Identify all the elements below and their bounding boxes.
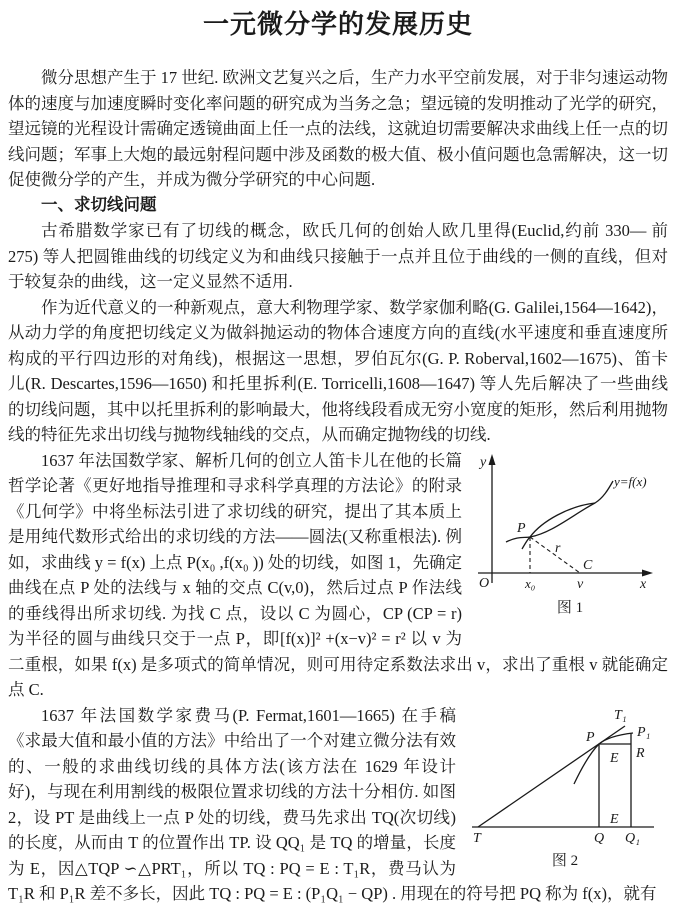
paragraph-intro: 微分思想产生于 17 世纪. 欧洲文艺复兴之后，生产力水平空前发展，对于非匀速运… [8,65,668,193]
figure-1-y-axis-arrow-icon [489,454,496,465]
document-body: 微分思想产生于 17 世纪. 欧洲文艺复兴之后，生产力水平空前发展，对于非匀速运… [0,65,676,907]
figure-1-label-y: y [478,455,487,470]
section-heading-tangent-problem: 一、求切线问题 [8,193,668,219]
figure-2-label-e-upper: E [609,751,619,766]
figure-1-caption: 图 1 [472,598,668,618]
document-page: 一元微分学的发展历史 微分思想产生于 17 世纪. 欧洲文艺复兴之后，生产力水平… [0,0,676,911]
figure-1-label-c: C [583,558,593,573]
figure-2-label-p: P [585,730,595,745]
figure-2-caption: 图 2 [462,851,668,871]
paragraph-galilei-roberval: 作为近代意义的一种新观点，意大利物理学家、数学家伽利略(G. Galilei,1… [8,295,668,448]
figure-1: y x O y=f(x) P r C x₀ v 图 1 [472,450,668,628]
figure-2-label-q: Q [594,831,604,846]
figure-2-label-q1: Q₁ [625,831,640,846]
figure-2-label-p1: P₁ [636,725,650,740]
paragraph-descartes-circle-method: y x O y=f(x) P r C x₀ v 图 11637 年法国数学家、解… [8,448,668,703]
figure-1-label-r: r [555,541,561,556]
figure-1-label-curve: y=f(x) [612,474,647,489]
figure-2-label-t1: T₁ [614,708,627,723]
figure-2-label-r: R [635,746,645,761]
figure-1-label-x0: x₀ [524,576,535,591]
figure-1-label-p: P [516,521,526,536]
page-title: 一元微分学的发展历史 [0,0,676,41]
figure-2-label-t: T [473,831,482,846]
figure-2-curve [574,733,633,784]
figure-1-label-x: x [639,577,647,592]
figure-1-label-origin: O [479,576,489,591]
figure-1-label-v: v [577,577,584,592]
figure-2-label-e-lower: E [609,812,619,827]
figure-1-diagram: y x O y=f(x) P r C x₀ v [472,450,666,596]
figure-2-diagram: T₁ P P₁ R E E T Q Q₁ [462,705,666,849]
figure-2: T₁ P P₁ R E E T Q Q₁ 图 2 [462,705,668,875]
paragraph-fermat-method: T₁ P P₁ R E E T Q Q₁ 图 21637 年法国数学家费马(P.… [8,703,668,907]
figure-1-x-axis-arrow-icon [642,569,653,576]
paragraph-greek-tangent: 古希腊数学家已有了切线的概念，欧氏几何的创始人欧几里得(Euclid,约前 33… [8,218,668,295]
